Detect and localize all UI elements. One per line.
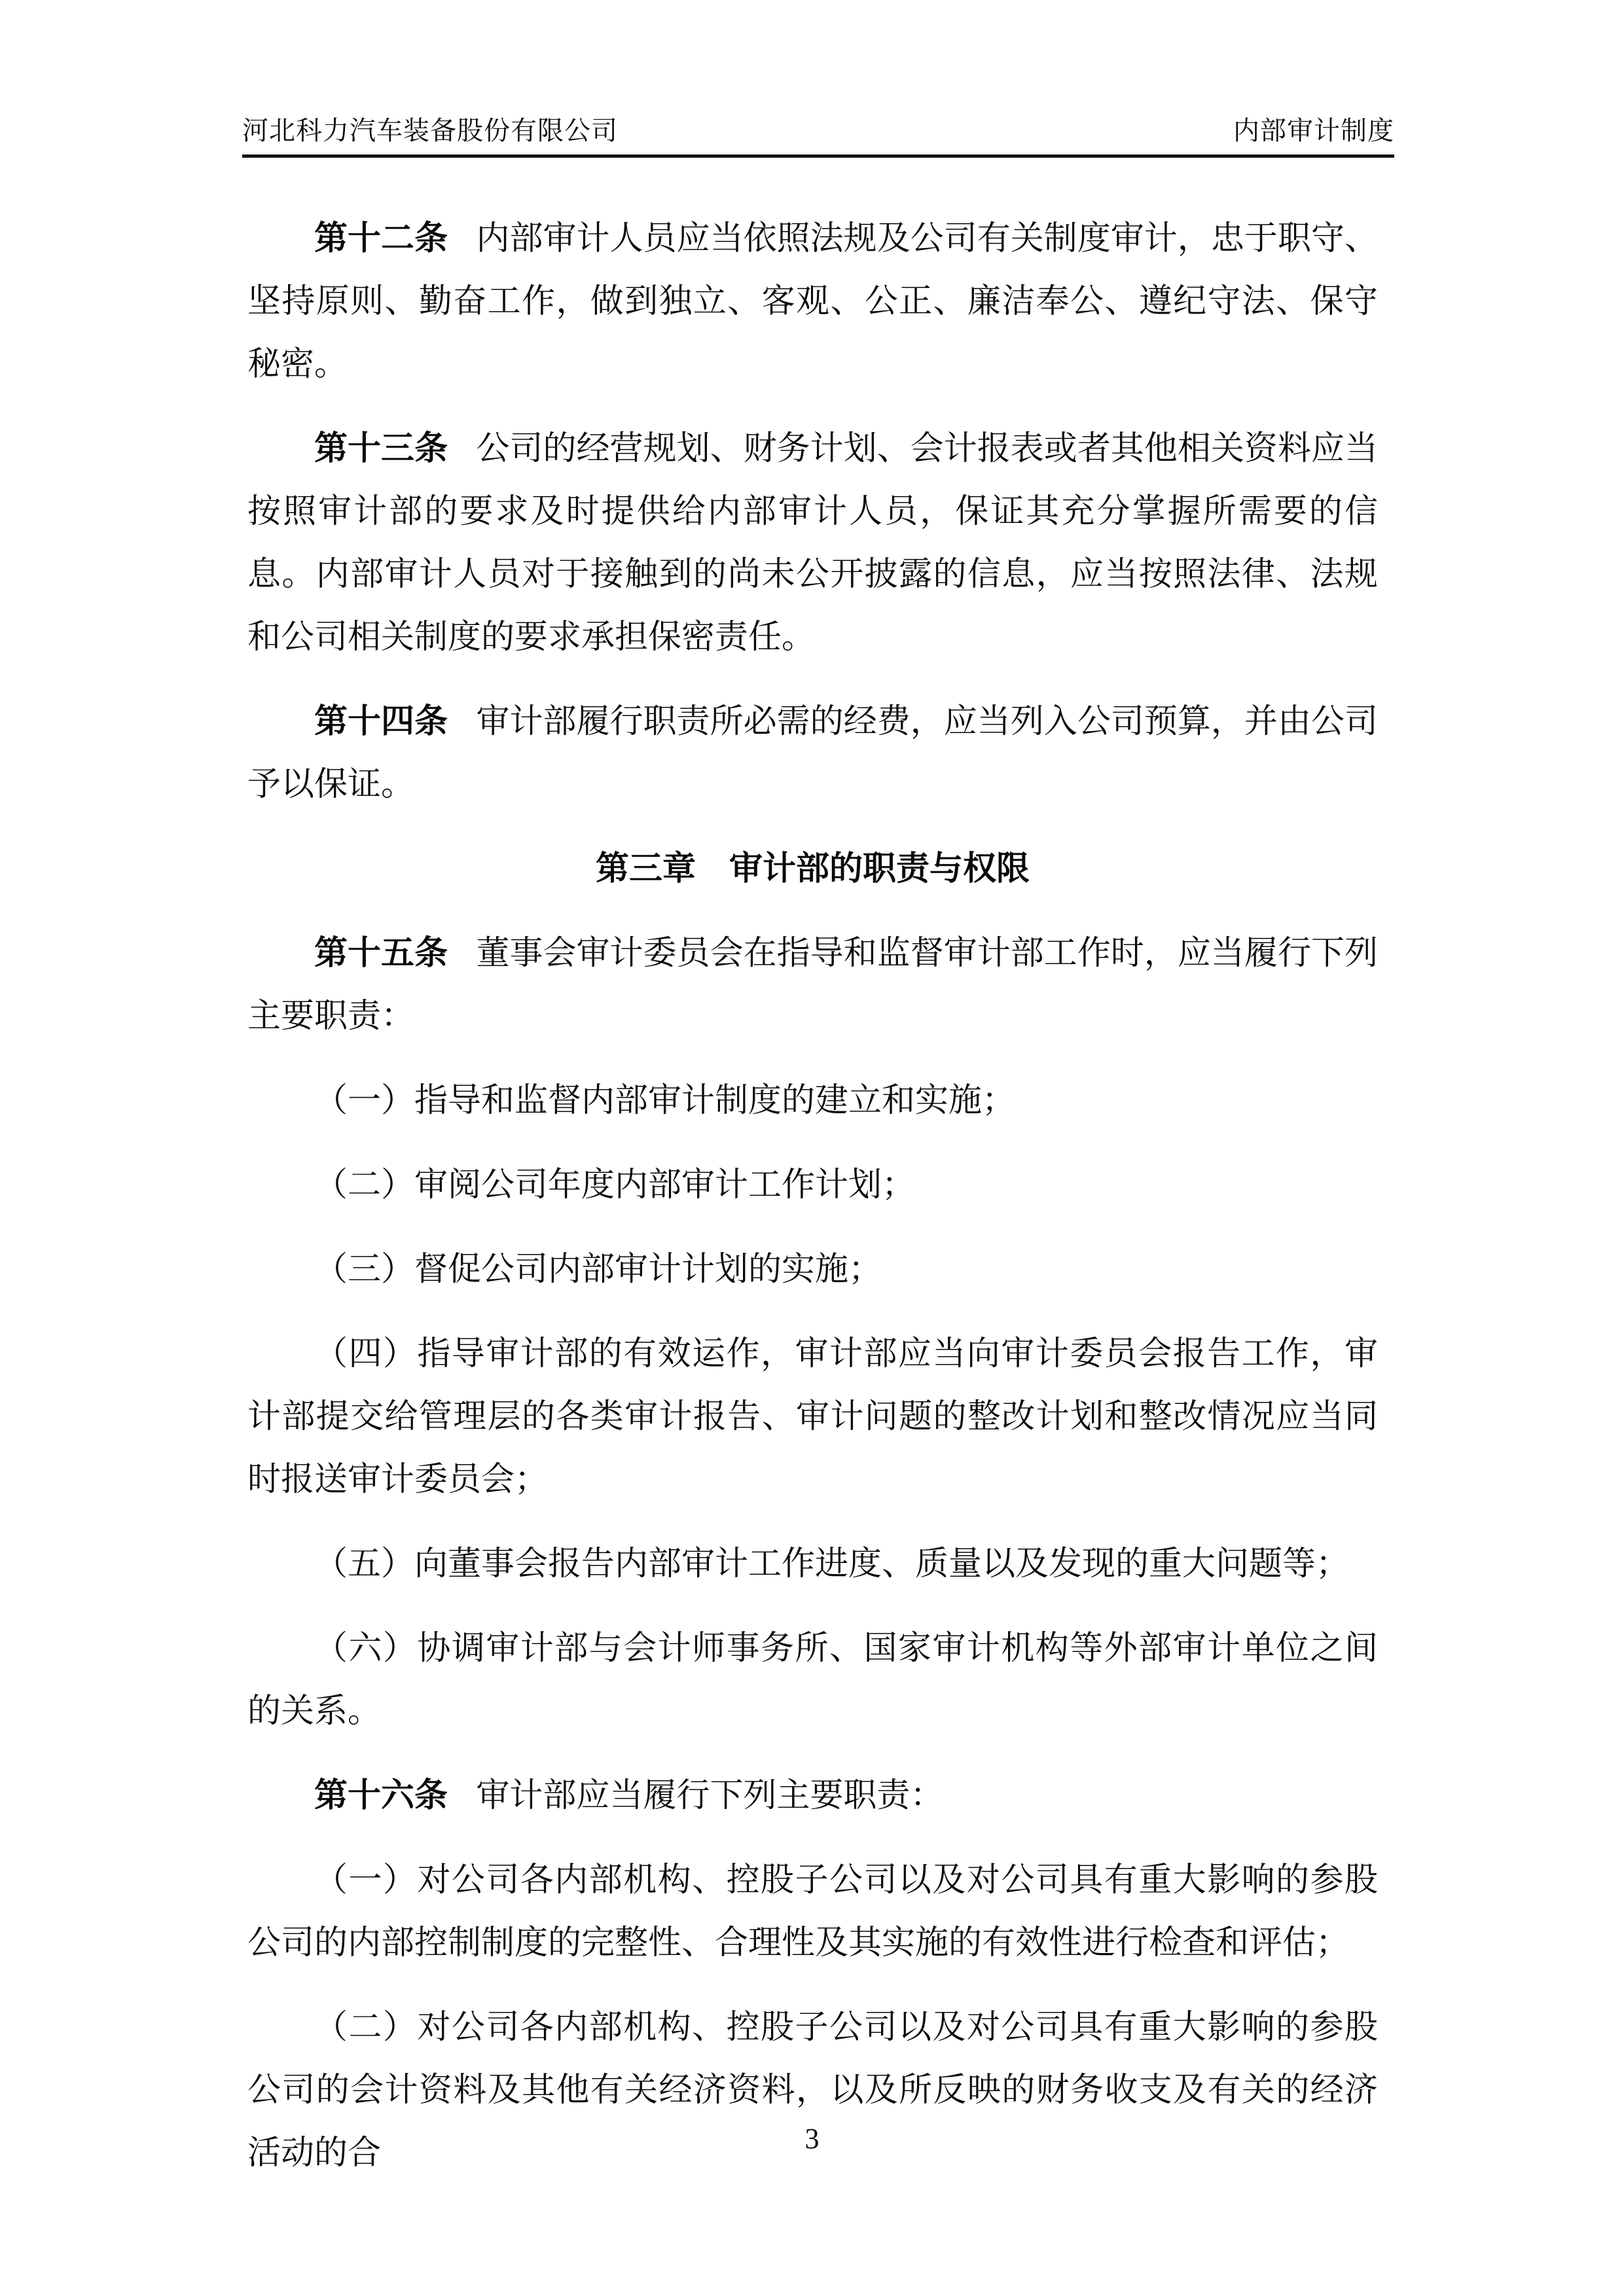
chapter-3-heading: 第三章 审计部的职责与权限 [247, 838, 1378, 901]
article-16-paragraph: 第十六条审计部应当履行下列主要职责： [247, 1765, 1378, 1827]
document-page: 河北科力汽车装备股份有限公司 内部审计制度 第十二条内部审计人员应当依照法规及公… [0, 0, 1624, 2296]
article-15-item-5: （五）向董事会报告内部审计工作进度、质量以及发现的重大问题等； [247, 1533, 1378, 1596]
article-13-label: 第十三条 [314, 431, 448, 467]
header-company-name: 河北科力汽车装备股份有限公司 [242, 113, 618, 149]
article-15-paragraph: 第十五条董事会审计委员会在指导和监督审计部工作时，应当履行下列主要职责： [247, 922, 1378, 1048]
article-16-label: 第十六条 [314, 1778, 448, 1814]
article-16-text: 审计部应当履行下列主要职责： [476, 1778, 943, 1814]
article-15-item-4: （四）指导审计部的有效运作，审计部应当向审计委员会报告工作，审计部提交给管理层的… [247, 1323, 1378, 1511]
header-doc-title: 内部审计制度 [1233, 113, 1394, 149]
article-16-item-1: （一）对公司各内部机构、控股子公司以及对公司具有重大影响的参股公司的内部控制制度… [247, 1849, 1378, 1975]
article-15-item-2: （二）审阅公司年度内部审计工作计划； [247, 1154, 1378, 1217]
article-12-label: 第十二条 [314, 221, 448, 257]
article-15-item-3: （三）督促公司内部审计计划的实施； [247, 1238, 1378, 1301]
document-body: 第十二条内部审计人员应当依照法规及公司有关制度审计，忠于职守、坚持原则、勤奋工作… [247, 207, 1378, 2185]
page-header: 河北科力汽车装备股份有限公司 内部审计制度 [242, 113, 1394, 158]
article-15-label: 第十五条 [314, 935, 448, 972]
article-12-paragraph: 第十二条内部审计人员应当依照法规及公司有关制度审计，忠于职守、坚持原则、勤奋工作… [247, 207, 1378, 396]
article-15-item-6: （六）协调审计部与会计师事务所、国家审计机构等外部审计单位之间的关系。 [247, 1617, 1378, 1743]
article-15-item-1: （一）指导和监督内部审计制度的建立和实施； [247, 1069, 1378, 1132]
article-14-paragraph: 第十四条审计部履行职责所必需的经费，应当列入公司预算，并由公司予以保证。 [247, 691, 1378, 816]
article-13-paragraph: 第十三条公司的经营规划、财务计划、会计报表或者其他相关资料应当按照审计部的要求及… [247, 418, 1378, 669]
page-number: 3 [0, 2119, 1624, 2159]
article-14-label: 第十四条 [314, 704, 448, 740]
